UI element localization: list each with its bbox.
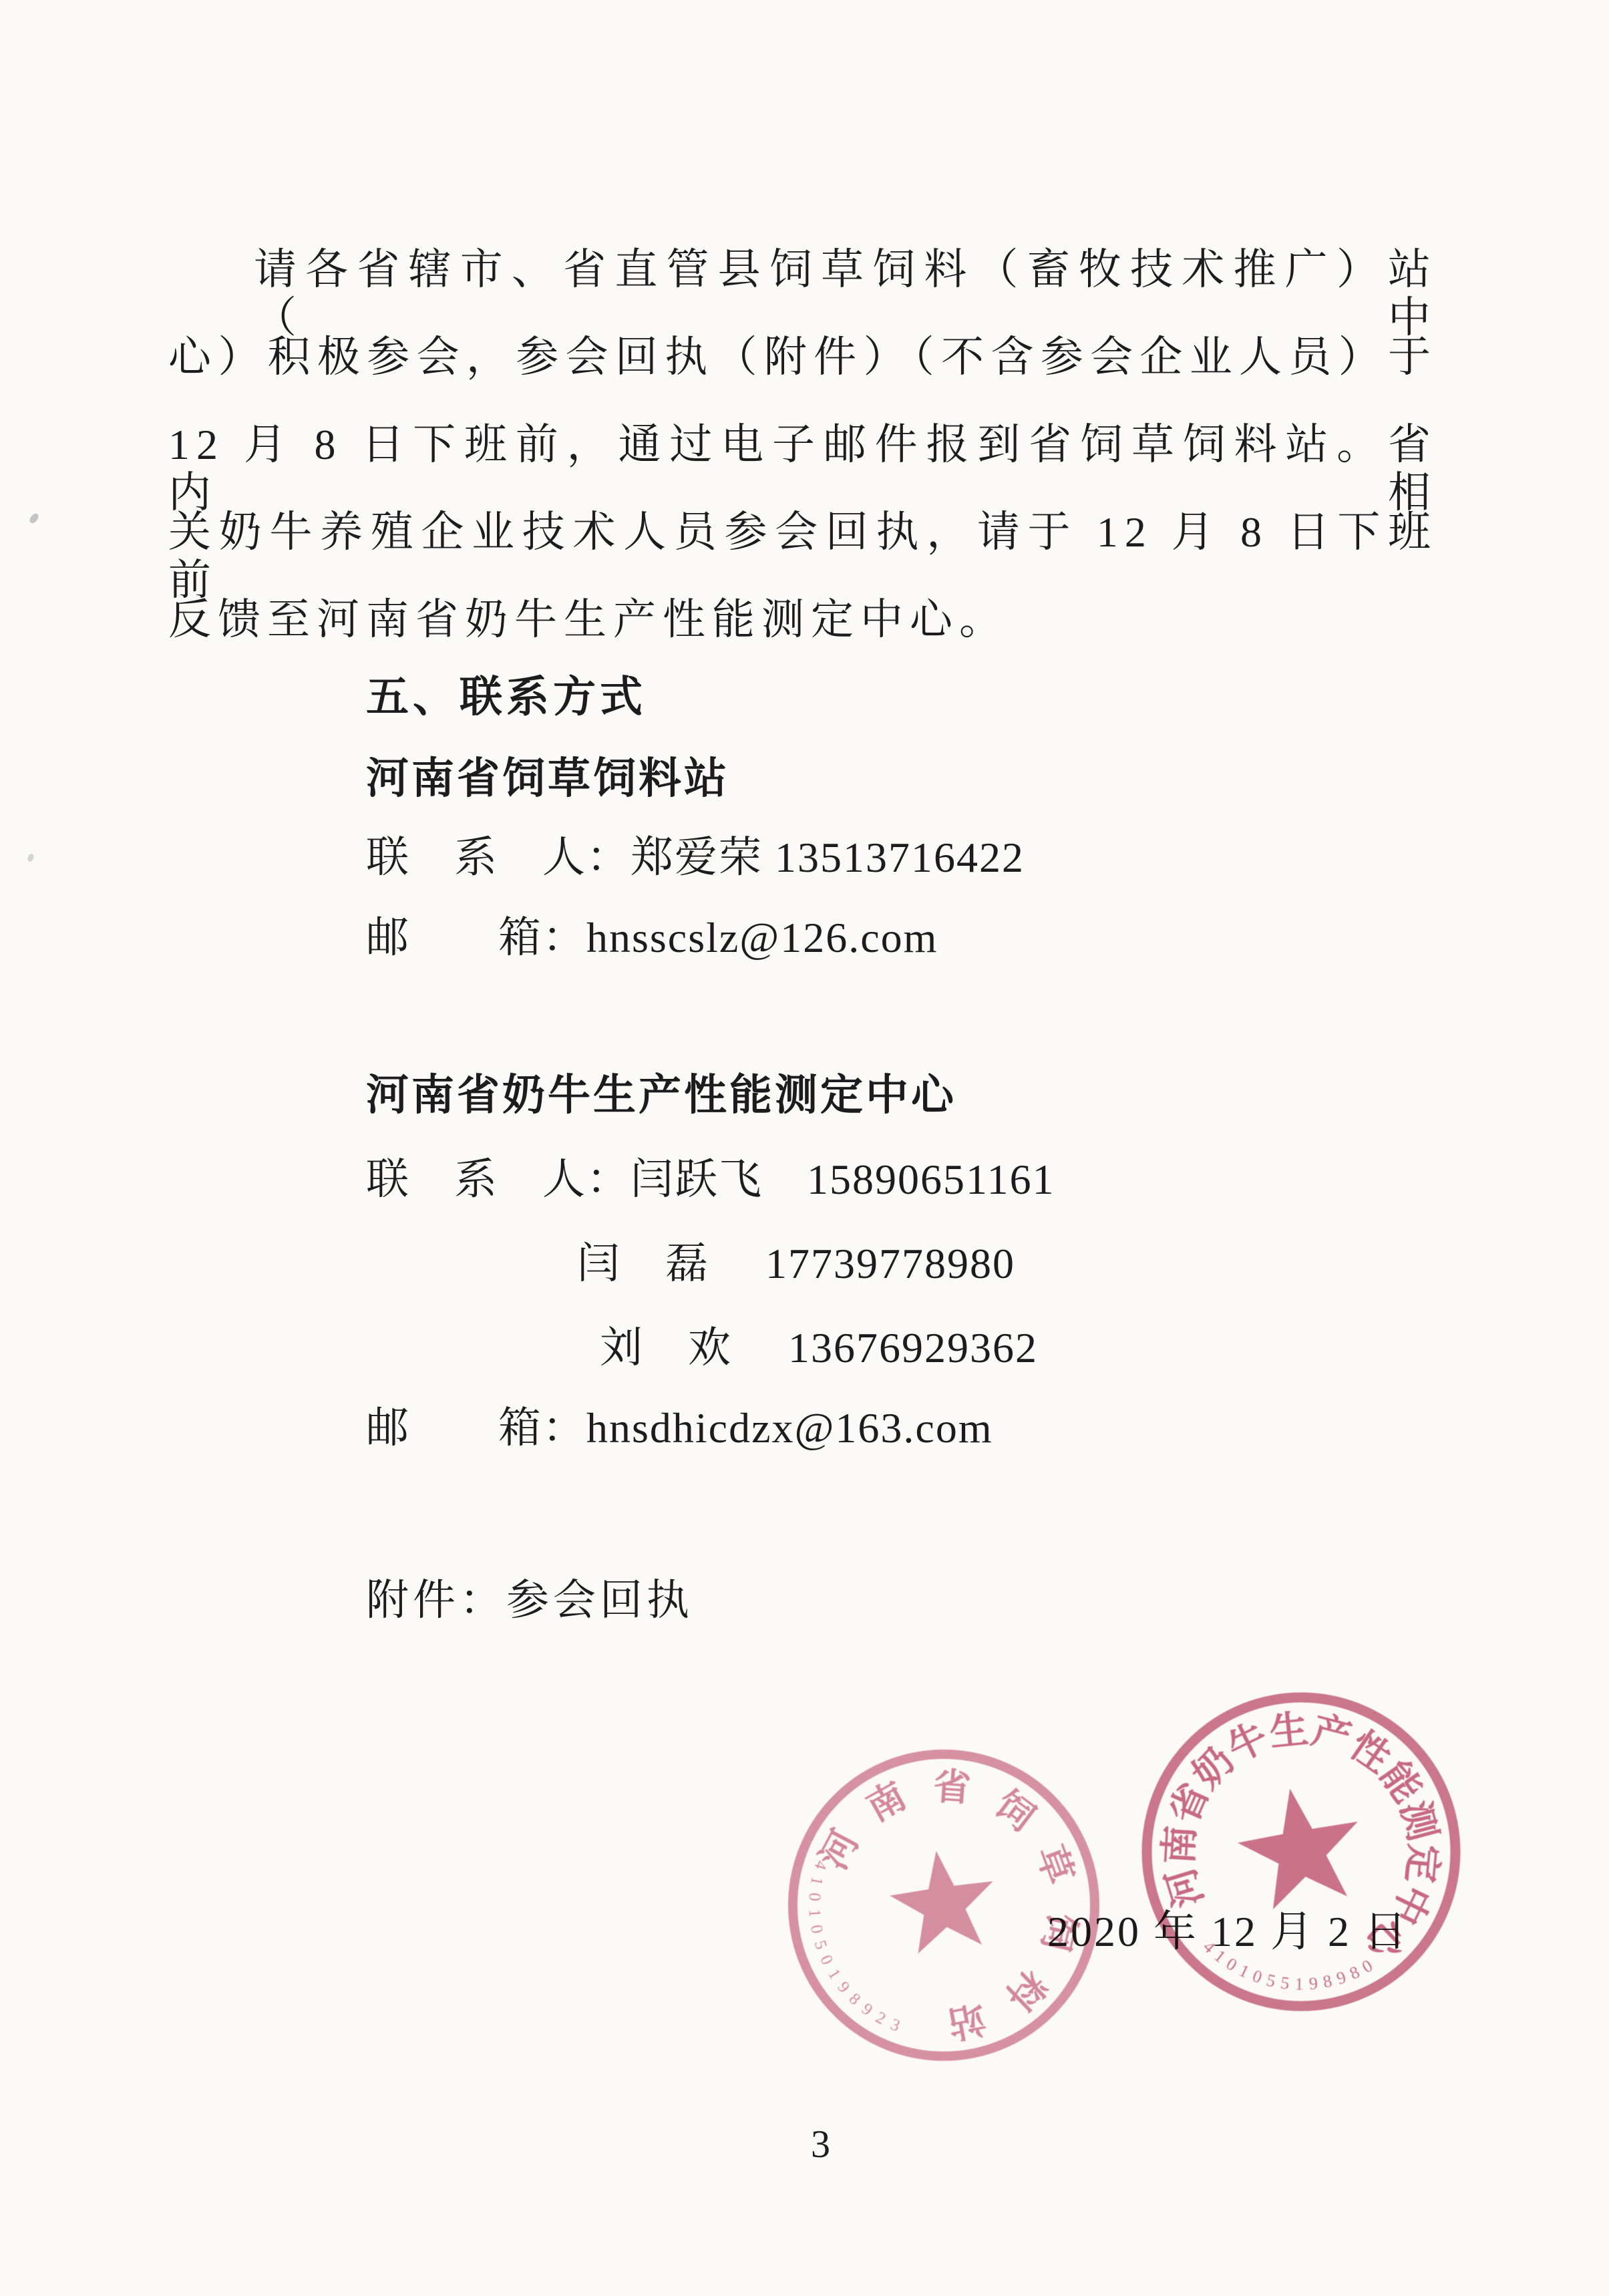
henan-forage-feed-station-seal-code-digit: 0: [816, 1953, 836, 1968]
dairy-performance-center-seal: 河南省奶牛生产性能测定中心4101055198980: [1147, 1697, 1455, 2006]
henan-forage-feed-station-seal-code-digit: 9: [858, 2000, 876, 2019]
dairy-performance-center-seal-code-digit: 5: [1280, 1973, 1290, 1993]
henan-forage-feed-station-seal-code-digit: 9: [834, 1979, 854, 1997]
henan-forage-feed-station-seal-char: 站: [944, 1997, 989, 2045]
org-name-dairy-performance-center: 河南省奶牛生产性能测定中心: [366, 1072, 956, 1120]
paragraph-line: 12 月 8 日下班前，通过电子邮件报到省饲草饲料站。省内相: [168, 421, 1437, 516]
contact-person-line: 联 系 人：郑爱荣 13513716422: [366, 834, 1025, 882]
dairy-performance-center-seal-code-digit: 0: [1223, 1954, 1240, 1975]
henan-forage-feed-station-seal-code-digit: 2: [872, 2009, 888, 2029]
dairy-performance-center-seal-code-digit: 5: [1264, 1970, 1277, 1991]
dairy-performance-center-seal-char: 牛: [1221, 1714, 1275, 1770]
paragraph-line: 关奶牛养殖企业技术人员参会回执，请于 12 月 8 日下班前: [168, 508, 1437, 604]
dairy-performance-center-seal-code-digit: 0: [1250, 1966, 1265, 1987]
henan-forage-feed-station-seal-char: 料: [998, 1962, 1053, 2018]
henan-forage-feed-station-seal-code-digit: 3: [888, 2015, 902, 2035]
email-line: 邮 箱：hnsscslz@126.com: [366, 914, 938, 962]
henan-forage-feed-station-seal-code-digit: 1: [806, 1909, 824, 1918]
extra-contact-line: 刘 欢 13676929362: [600, 1324, 1038, 1372]
henan-forage-feed-station-seal-char: 南: [860, 1775, 913, 1829]
dairy-performance-center-seal-code-digit: 9: [1334, 1967, 1348, 1989]
dairy-performance-center-seal-char: 生: [1268, 1707, 1310, 1754]
paragraph-line: 请各省辖市、省直管县饲草饲料（畜牧技术推广）站（中: [254, 246, 1437, 341]
henan-forage-feed-station-seal-code-digit: 8: [846, 1990, 864, 2009]
page-number: 3: [811, 2123, 830, 2166]
henan-forage-feed-station-seal-code-digit: 1: [824, 1966, 844, 1983]
extra-contact-line: 闫 磊 17739778980: [577, 1240, 1015, 1288]
henan-forage-feed-station-seal-star-icon: [890, 1851, 993, 1954]
dairy-performance-center-seal-code-digit: 9: [1308, 1973, 1319, 1993]
scan-artifact: [27, 853, 35, 862]
dairy-performance-center-seal-star-icon: [1238, 1789, 1358, 1910]
contact-person-line: 联 系 人：闫跃飞 15890651161: [366, 1156, 1055, 1204]
dairy-performance-center-seal-code-digit: 8: [1347, 1962, 1363, 1983]
henan-forage-feed-station-seal-code-digit: 0: [807, 1923, 826, 1935]
dairy-performance-center-seal-code-digit: 1: [1236, 1961, 1252, 1982]
henan-forage-feed-station-seal-ring: [793, 1754, 1095, 2056]
dairy-performance-center-seal-code-digit: 0: [1359, 1956, 1376, 1977]
henan-forage-feed-station-seal-code-digit: 5: [811, 1938, 831, 1951]
henan-forage-feed-station-seal-code-digit: 4: [811, 1858, 831, 1872]
scan-artifact: [28, 512, 40, 525]
dairy-performance-center-seal-char: 产: [1307, 1708, 1355, 1760]
dairy-performance-center-seal-char: 南: [1157, 1824, 1202, 1866]
henan-forage-feed-station-seal-char: 河: [813, 1824, 867, 1876]
dairy-performance-center-seal-char: 定: [1399, 1842, 1445, 1884]
henan-forage-feed-station-seal: 河南省饲草饲料站4101050198923: [793, 1754, 1095, 2056]
dairy-performance-center-seal-code-digit: 8: [1321, 1971, 1334, 1992]
dairy-performance-center-seal-char: 奶: [1184, 1739, 1242, 1797]
henan-forage-feed-station-seal-code-digit: 0: [806, 1892, 824, 1901]
scanned-document-page: 请各省辖市、省直管县饲草饲料（畜牧技术推广）站（中 心）积极参会，参会回执（附件…: [0, 0, 1609, 2296]
dairy-performance-center-seal-char: 性: [1342, 1723, 1399, 1780]
issue-date: 2020 年 12 月 2 日: [1047, 1908, 1409, 1956]
email-line: 邮 箱：hnsdhicdzx@163.com: [366, 1404, 993, 1452]
org-name-forage-feed-station: 河南省饲草饲料站: [366, 755, 729, 803]
henan-forage-feed-station-seal-char: 饲: [987, 1784, 1042, 1839]
dairy-performance-center-seal-char: 省: [1162, 1777, 1218, 1830]
dairy-performance-center-seal-code-digit: 1: [1294, 1974, 1303, 1993]
henan-forage-feed-station-seal-char: 省: [932, 1766, 972, 1810]
attachment-note: 附件：参会回执: [366, 1577, 693, 1625]
paragraph-line: 心）积极参会，参会回执（附件）（不含参会企业人员）于: [168, 333, 1437, 381]
dairy-performance-center-seal-char: 能: [1372, 1754, 1430, 1810]
section-heading: 五、联系方式: [366, 673, 647, 721]
dairy-performance-center-seal-ring: [1147, 1697, 1455, 2006]
henan-forage-feed-station-seal-char: 草: [1029, 1840, 1080, 1890]
henan-forage-feed-station-seal-code-digit: 1: [807, 1875, 826, 1887]
dairy-performance-center-seal-char: 测: [1393, 1796, 1445, 1845]
dairy-performance-center-seal-char: 河: [1158, 1862, 1211, 1912]
paragraph-line: 反馈至河南省奶牛生产性能测定中心。: [168, 596, 1009, 644]
